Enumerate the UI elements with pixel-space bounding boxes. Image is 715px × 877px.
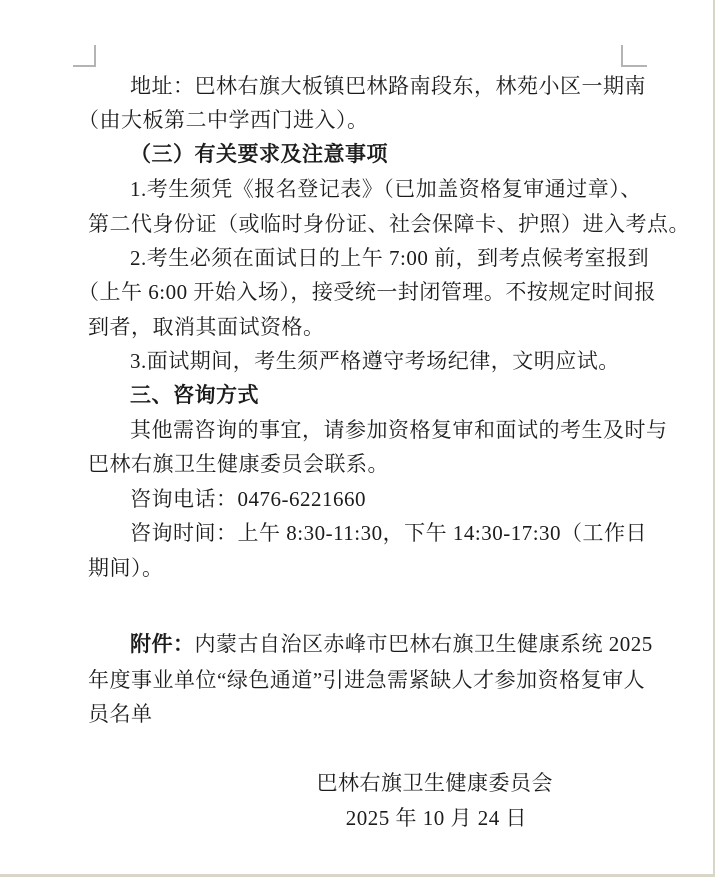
document-body: 地址：巴林右旗大板镇巴林路南段东，林苑小区一期南（由大板第二中学西门进入）。（三… (0, 69, 715, 835)
blank-line (88, 585, 627, 619)
text-line: 2.考生必须在面试日的上午 7:00 前，到考点候考室报到 (88, 241, 627, 275)
text-line: 年度事业单位“绿色通道”引进急需紧缺人才参加资格复审人 (88, 663, 627, 697)
blank-line (88, 732, 627, 766)
document-page: 地址：巴林右旗大板镇巴林路南段东，林苑小区一期南（由大板第二中学西门进入）。（三… (0, 0, 715, 877)
heading-line: （三）有关要求及注意事项 (88, 138, 627, 172)
text-line: 到者，取消其面试资格。 (88, 310, 627, 344)
text-line: 地址：巴林右旗大板镇巴林路南段东，林苑小区一期南 (88, 69, 627, 103)
signature-org-line: 巴林右旗卫生健康委员会 (88, 766, 627, 800)
heading-line: 三、咨询方式 (88, 379, 627, 413)
text-line: 期间）。 (88, 551, 627, 585)
text-line: 咨询时间：上午 8:30-11:30，下午 14:30-17:30（工作日 (88, 516, 627, 550)
text-line: 巴林右旗卫生健康委员会联系。 (88, 447, 627, 481)
margin-corner-mark-top-right (621, 45, 647, 67)
text-line: 1.考生须凭《报名登记表》（已加盖资格复审通过章）、 (88, 172, 627, 206)
text-line: 3.面试期间，考生须严格遵守考场纪律，文明应试。 (88, 344, 627, 378)
text-line: 员名单 (88, 697, 627, 731)
signature-date-line: 2025 年 10 月 24 日 (88, 801, 627, 835)
text-line: 附件：内蒙古自治区赤峰市巴林右旗卫生健康系统 2025 (88, 627, 627, 662)
margin-corner-mark-top-left (73, 45, 96, 67)
attachment-label: 附件： (130, 633, 195, 656)
text-line: 咨询电话：0476-6221660 (88, 482, 627, 516)
text-line: （上午 6:00 开始入场），接受统一封闭管理。不按规定时间报 (78, 275, 627, 309)
text-line: 其他需咨询的事宜，请参加资格复审和面试的考生及时与 (88, 413, 627, 447)
text-run: 内蒙古自治区赤峰市巴林右旗卫生健康系统 2025 (195, 632, 653, 656)
text-line: 第二代身份证（或临时身份证、社会保障卡、护照）进入考点。 (88, 207, 627, 241)
text-line: （由大板第二中学西门进入）。 (78, 103, 627, 137)
